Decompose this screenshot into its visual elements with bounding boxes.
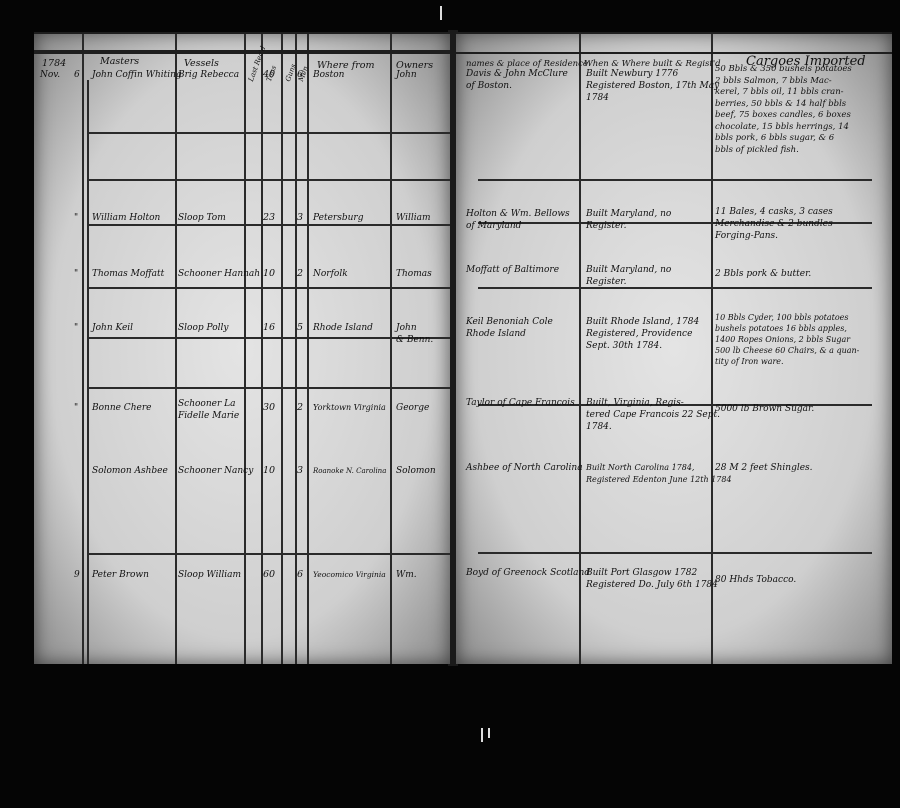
header-masters: Masters bbox=[100, 56, 139, 67]
row-master: William Holton bbox=[92, 212, 160, 224]
row-master: Solomon Ashbee bbox=[92, 465, 168, 477]
rule bbox=[82, 32, 84, 664]
rule bbox=[307, 32, 309, 664]
film-mark-bottom-2 bbox=[488, 728, 490, 738]
row-owner: John & Benn. bbox=[396, 322, 433, 346]
rule bbox=[87, 224, 450, 226]
row-where-from: Boston bbox=[313, 69, 344, 81]
rule bbox=[87, 179, 450, 181]
rule bbox=[281, 32, 283, 664]
row-master: Peter Brown bbox=[92, 569, 149, 581]
row-master: John Keil bbox=[92, 322, 133, 334]
row-day: " bbox=[74, 268, 78, 280]
row-vessel: Schooner Nancy bbox=[178, 465, 253, 477]
row-cargo: 80 Hhds Tobacco. bbox=[715, 574, 796, 586]
row-men: 3 bbox=[297, 465, 303, 476]
row-owner: William bbox=[396, 212, 431, 224]
row-cargo: 5000 lb Brown Sugar. bbox=[715, 403, 814, 415]
ledger-right-page: names & place of Residence When & Where … bbox=[456, 32, 892, 664]
rule bbox=[87, 287, 450, 289]
row-owners-residence: Ashbee of North Carolina bbox=[466, 462, 583, 474]
rule bbox=[390, 32, 392, 664]
row-built-registered: Built Newbury 1776 Registered Boston, 17… bbox=[586, 68, 719, 104]
row-vessel: Sloop Tom bbox=[178, 212, 226, 224]
row-owner: Solomon bbox=[396, 465, 436, 477]
row-men: 3 bbox=[297, 212, 303, 223]
row-owner: Thomas bbox=[396, 268, 432, 280]
rule bbox=[87, 132, 450, 134]
rule bbox=[34, 32, 450, 34]
header-year: 1784 bbox=[42, 58, 66, 69]
row-master: John Coffin Whiting bbox=[92, 69, 182, 81]
rule bbox=[478, 552, 872, 554]
row-men: 6 bbox=[297, 69, 303, 80]
row-master: Bonne Chere bbox=[92, 402, 151, 414]
row-day: " bbox=[74, 212, 78, 224]
row-owners-residence: Davis & John McClure of Boston. bbox=[466, 68, 568, 92]
row-tons: 40 bbox=[263, 69, 275, 80]
rule bbox=[175, 32, 177, 664]
row-where-from: Petersburg bbox=[313, 212, 363, 224]
rule bbox=[478, 179, 872, 181]
row-where-from: Rhode Island bbox=[313, 322, 373, 334]
row-cargo: 2 Bbls pork & butter. bbox=[715, 268, 811, 280]
row-built-registered: Built, Virginia, Regis- tered Cape Franc… bbox=[586, 397, 720, 433]
row-owners-residence: Holton & Wm. Bellows of Maryland bbox=[466, 208, 570, 232]
row-day: 6 bbox=[74, 69, 80, 81]
row-master: Thomas Moffatt bbox=[92, 268, 164, 280]
row-cargo: 50 Bbls & 350 bushels potatoes 2 bbls Sa… bbox=[715, 64, 852, 156]
row-day: " bbox=[74, 322, 78, 334]
rule bbox=[34, 52, 450, 54]
film-mark-top bbox=[440, 6, 442, 20]
row-where-from: Roanoke N. Carolina bbox=[313, 465, 386, 477]
row-owners-residence: Taylor of Cape Francois bbox=[466, 397, 575, 409]
row-tons: 23 bbox=[263, 212, 275, 223]
row-tons: 60 bbox=[263, 569, 275, 580]
ledger-left-page: 1784 Masters Vessels Last Rec'd Tons Gun… bbox=[34, 32, 450, 664]
row-tons: 10 bbox=[263, 268, 275, 279]
row-built-registered: Built North Carolina 1784, Registered Ed… bbox=[586, 462, 732, 486]
rule bbox=[87, 387, 450, 389]
rule bbox=[478, 287, 872, 289]
row-men: 2 bbox=[297, 402, 303, 413]
row-men: 2 bbox=[297, 268, 303, 279]
rule bbox=[87, 80, 89, 664]
rule bbox=[456, 32, 892, 34]
row-tons: 10 bbox=[263, 465, 275, 476]
row-day: " bbox=[74, 402, 78, 414]
row-built-registered: Built Rhode Island, 1784 Registered, Pro… bbox=[586, 316, 699, 352]
row-owners-residence: Moffatt of Baltimore bbox=[466, 264, 559, 276]
row-where-from: Yeocomico Virginia bbox=[313, 569, 386, 581]
row-tons: 16 bbox=[263, 322, 275, 333]
row-vessel: Schooner La Fidelle Marie bbox=[178, 398, 242, 422]
row-where-from: Norfolk bbox=[313, 268, 348, 280]
row-vessel: Brig Rebecca bbox=[178, 69, 239, 81]
rule bbox=[244, 32, 246, 664]
row-men: 5 bbox=[297, 322, 303, 333]
row-built-registered: Built Port Glasgow 1782 Registered Do. J… bbox=[586, 567, 718, 591]
row-owner: George bbox=[396, 402, 429, 414]
header-vessels: Vessels bbox=[184, 58, 219, 69]
row-cargo: 11 Bales, 4 casks, 3 cases Merchandise &… bbox=[715, 206, 833, 242]
row-built-registered: Built Maryland, no Register. bbox=[586, 208, 671, 232]
row-built-registered: Built Maryland, no Register. bbox=[586, 264, 671, 288]
row-month: Nov. bbox=[40, 69, 60, 81]
row-vessel: Sloop William bbox=[178, 569, 241, 581]
rule bbox=[87, 553, 450, 555]
row-owner: Wm. bbox=[396, 569, 417, 581]
row-men: 6 bbox=[297, 569, 303, 580]
row-owners-residence: Boyd of Greenock Scotland bbox=[466, 567, 590, 579]
row-owner: John bbox=[396, 69, 417, 81]
row-tons: 30 bbox=[263, 402, 275, 413]
row-cargo: 10 Bbls Cyder, 100 bbls potatoes bushels… bbox=[715, 312, 859, 367]
row-vessel: Sloop Polly bbox=[178, 322, 228, 334]
film-mark-bottom-1 bbox=[481, 728, 483, 742]
row-vessel: Schooner Hannah bbox=[178, 268, 260, 280]
row-cargo: 28 M 2 feet Shingles. bbox=[715, 462, 813, 474]
row-where-from: Yorktown Virginia bbox=[313, 402, 386, 414]
row-owners-residence: Keil Benoniah Cole Rhode Island bbox=[466, 316, 553, 340]
row-day: 9 bbox=[74, 569, 80, 581]
